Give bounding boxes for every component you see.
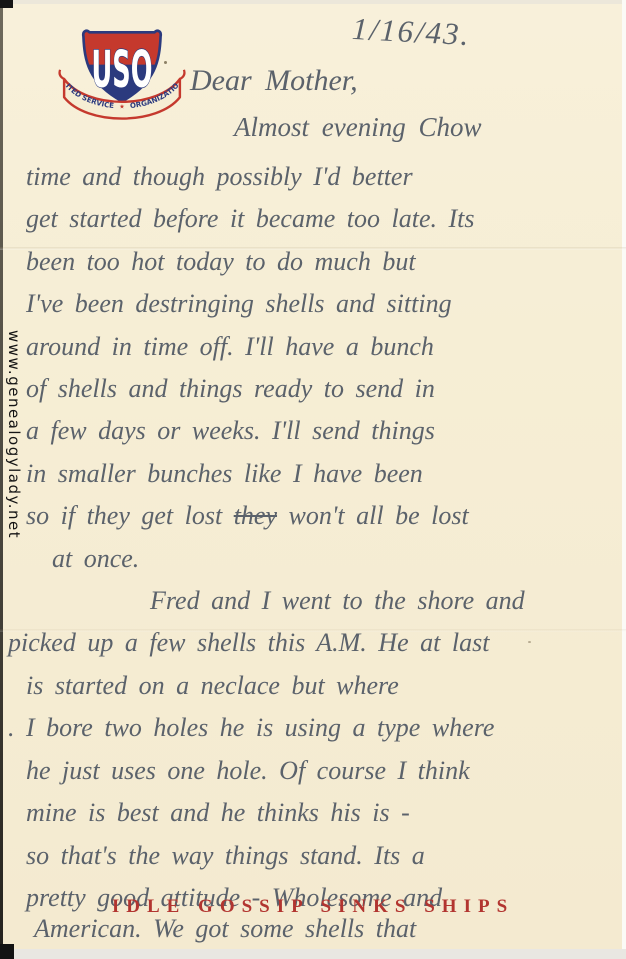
letter-line: at once. (0, 538, 622, 580)
letter-opening-line: Almost evening Chow (234, 112, 481, 143)
struck-word: they (234, 501, 277, 530)
letter-line: get started before it became too late. I… (0, 198, 622, 240)
handwritten-text: around in time off. I'll have a bunch (26, 332, 434, 361)
scan-edge-top (0, 0, 626, 4)
handwritten-text: a few days or weeks. I'll send things (26, 416, 435, 445)
letter-salutation: Dear Mother, (190, 64, 358, 98)
banner-star-icon: ★ (119, 103, 125, 110)
letter-line: around in time off. I'll have a bunch (0, 326, 622, 368)
handwritten-text: time and though possibly I'd better (26, 162, 413, 191)
uso-shield: USO (76, 24, 167, 101)
letter-line: mine is best and he thinks his is - (0, 792, 622, 834)
handwritten-text: so if they get lost (26, 501, 234, 530)
letter-line: of shells and things ready to send in (0, 368, 622, 410)
letter-line: a few days or weeks. I'll send things (0, 410, 622, 452)
handwritten-text: picked up a few shells this A.M. He at l… (8, 628, 489, 657)
handwritten-text: so that's the way things stand. Its a (26, 841, 425, 870)
handwritten-text: he just uses one hole. Of course I think (26, 756, 470, 785)
letter-line: Fred and I went to the shore and (0, 580, 622, 622)
handwritten-text: mine is best and he thinks his is - (26, 798, 410, 827)
letter-date: 1/16/43. (351, 11, 471, 53)
handwritten-text: won't all be lost (277, 501, 469, 530)
letter-line: so if they get lost they won't all be lo… (0, 495, 622, 537)
handwritten-text: in smaller bunches like I have been (26, 459, 423, 488)
handwritten-text: is started on a neclace but where (26, 671, 399, 700)
letter-closing-line: American. We got some shells that (34, 914, 416, 944)
letter-line: so that's the way things stand. Its a (0, 835, 622, 877)
letter-line: I've been destringing shells and sitting (0, 283, 622, 325)
uso-logo-icon: USO UNITED SERVICE ★ ORGANIZATIONS (56, 24, 188, 138)
letter-line: he just uses one hole. Of course I think (0, 750, 622, 792)
letter-line: been too hot today to do much but (0, 241, 622, 283)
letter-line: time and though possibly I'd better (0, 156, 622, 198)
handwritten-text: Fred and I went to the shore and (150, 586, 525, 615)
scan-corner-bottom-left (0, 944, 14, 959)
handwritten-text: at once. (52, 544, 139, 573)
handwritten-text: I've been destringing shells and sitting (26, 289, 452, 318)
handwritten-text: get started before it became too late. I… (26, 204, 475, 233)
letter-body: time and though possibly I'd betterget s… (0, 156, 622, 919)
handwritten-text: of shells and things ready to send in (26, 374, 435, 403)
letter-line: is started on a neclace but where (0, 665, 622, 707)
letter-line: in smaller bunches like I have been (0, 453, 622, 495)
letter-line: . I bore two holes he is using a type wh… (0, 707, 622, 749)
letter-line: picked up a few shells this A.M. He at l… (0, 622, 622, 664)
scan-corner-top-left (0, 0, 13, 8)
scanned-letter-page: www.genealogylady.net USO UNITE (0, 0, 626, 959)
handwritten-text: been too hot today to do much but (26, 247, 416, 276)
scan-edge-bottom (0, 949, 626, 959)
scan-edge-right (622, 0, 626, 959)
uso-acronym: USO (92, 40, 153, 99)
handwritten-text: . I bore two holes he is using a type wh… (8, 713, 494, 742)
